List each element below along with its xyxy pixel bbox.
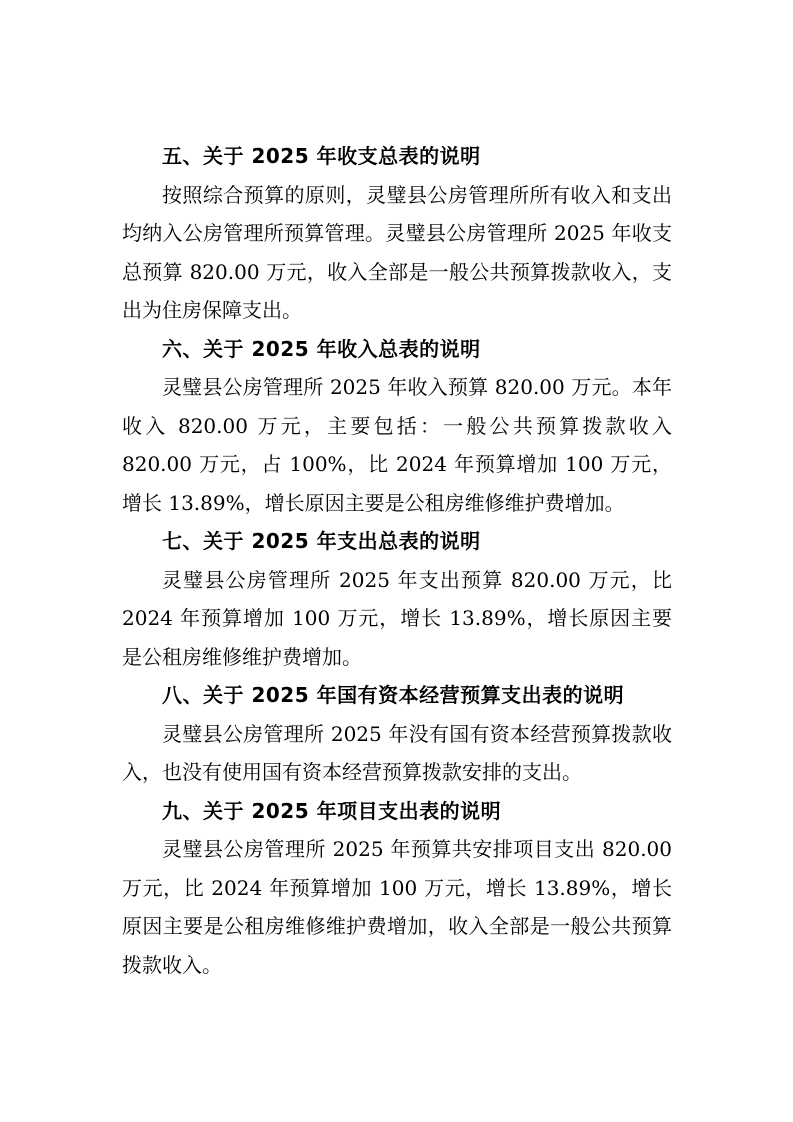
section-heading: 九、关于 2025 年项目支出表的说明: [122, 792, 672, 831]
section-heading: 五、关于 2025 年收支总表的说明: [122, 137, 672, 176]
section-paragraph: 灵璧县公房管理所 2025 年预算共安排项目支出 820.00 万元，比 202…: [122, 830, 672, 984]
section-heading: 八、关于 2025 年国有资本经营预算支出表的说明: [122, 676, 672, 715]
document-page: 五、关于 2025 年收支总表的说明 按照综合预算的原则，灵璧县公房管理所所有收…: [0, 0, 793, 1122]
section-heading: 七、关于 2025 年支出总表的说明: [122, 522, 672, 561]
section-project-expenditure: 九、关于 2025 年项目支出表的说明 灵璧县公房管理所 2025 年预算共安排…: [122, 792, 672, 985]
section-heading: 六、关于 2025 年收入总表的说明: [122, 330, 672, 369]
section-paragraph: 灵璧县公房管理所 2025 年支出预算 820.00 万元，比 2024 年预算…: [122, 561, 672, 677]
section-paragraph: 灵璧县公房管理所 2025 年收入预算 820.00 万元。本年收入 820.0…: [122, 368, 672, 522]
section-income-summary: 六、关于 2025 年收入总表的说明 灵璧县公房管理所 2025 年收入预算 8…: [122, 330, 672, 523]
section-income-expenditure-summary: 五、关于 2025 年收支总表的说明 按照综合预算的原则，灵璧县公房管理所所有收…: [122, 137, 672, 330]
section-paragraph: 按照综合预算的原则，灵璧县公房管理所所有收入和支出均纳入公房管理所预算管理。灵璧…: [122, 176, 672, 330]
section-state-capital-budget: 八、关于 2025 年国有资本经营预算支出表的说明 灵璧县公房管理所 2025 …: [122, 676, 672, 792]
section-paragraph: 灵璧县公房管理所 2025 年没有国有资本经营预算拨款收入，也没有使用国有资本经…: [122, 715, 672, 792]
section-expenditure-summary: 七、关于 2025 年支出总表的说明 灵璧县公房管理所 2025 年支出预算 8…: [122, 522, 672, 676]
